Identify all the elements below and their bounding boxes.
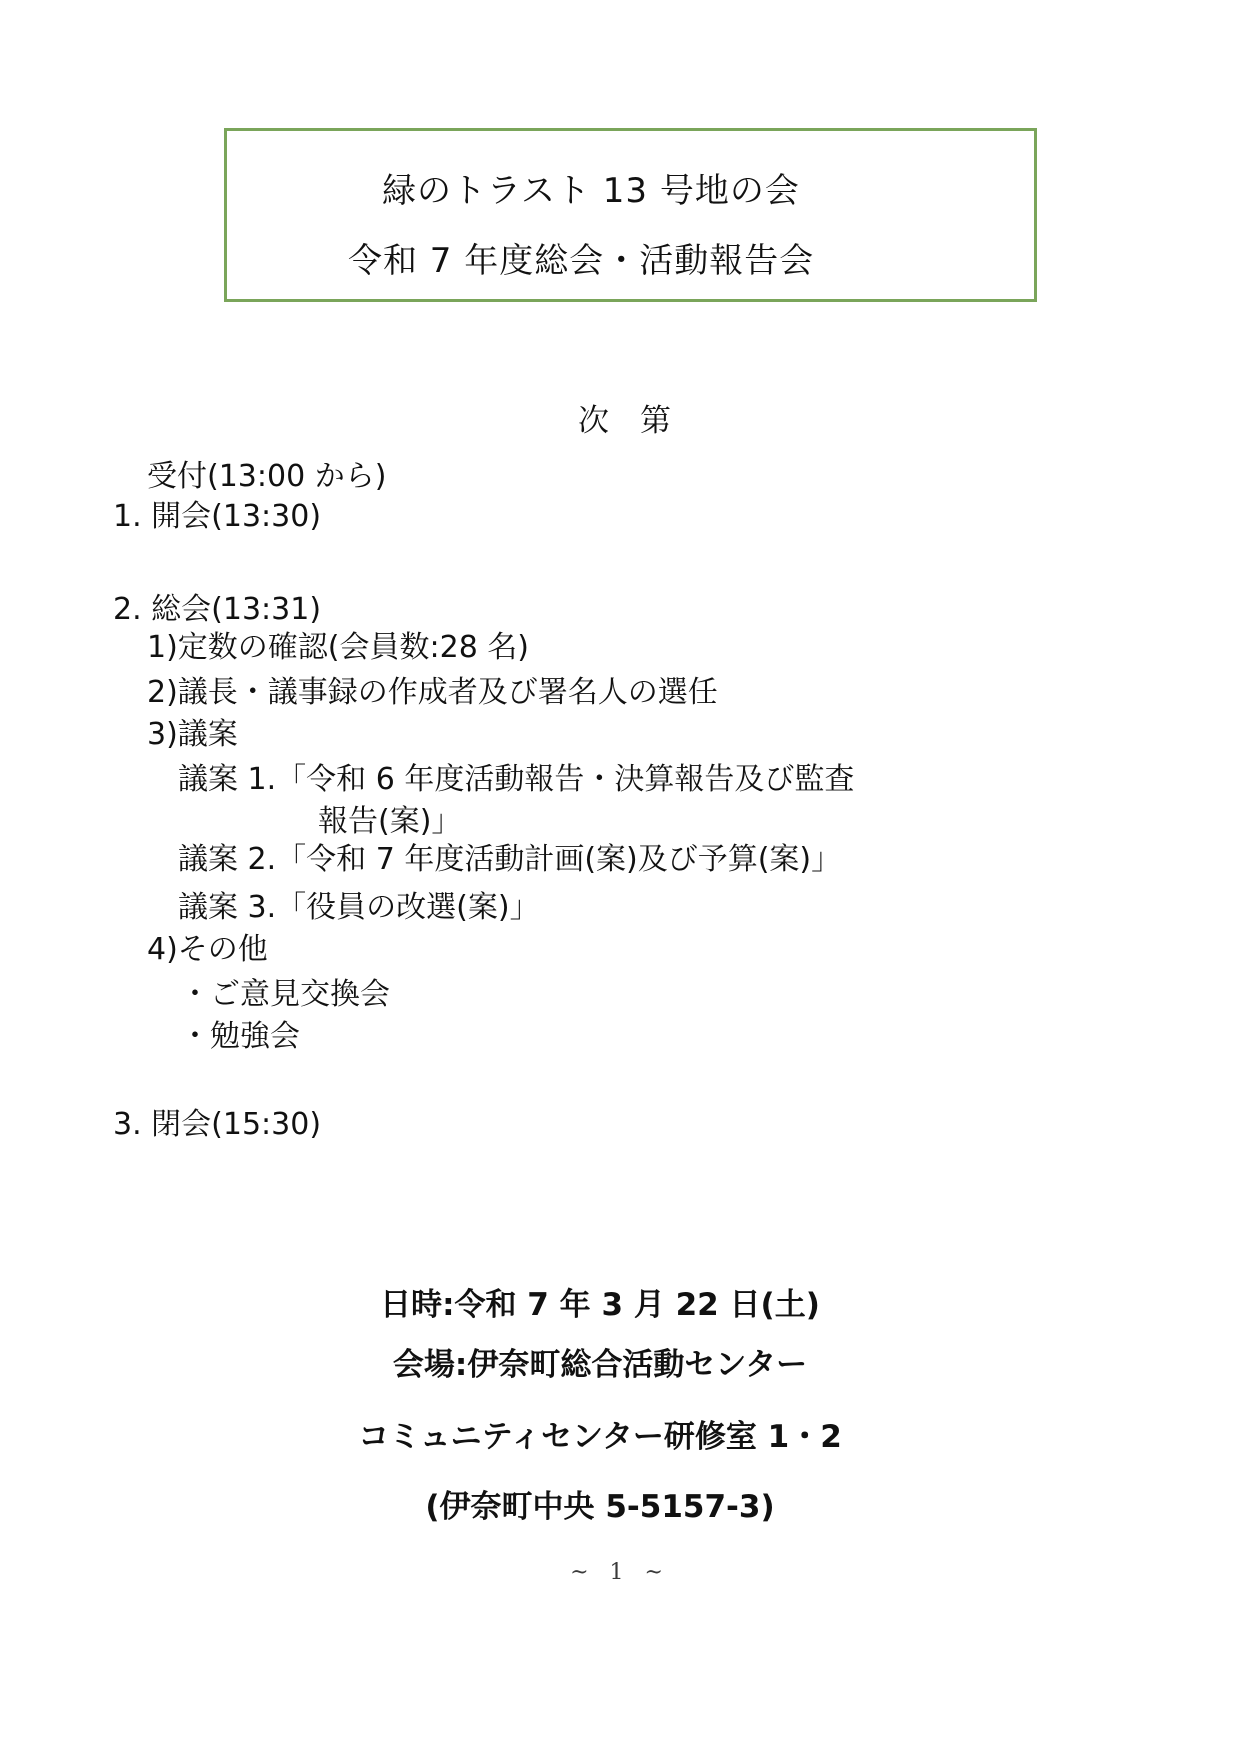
event-venue: 会場:伊奈町総合活動センター (0, 1347, 1200, 1383)
document-page: 緑のトラスト 13 号地の会 令和 7 年度総会・活動報告会 次 第 受付(13… (0, 0, 1240, 1754)
agenda-subitem-4-others: 4)その他 (147, 931, 268, 969)
agenda-item-3-closing: 3. 閉会(15:30) (113, 1106, 321, 1144)
agenda-bullet-study-session: ・勉強会 (180, 1018, 300, 1056)
event-address: (伊奈町中央 5-5157-3) (0, 1489, 1200, 1525)
title-box: 緑のトラスト 13 号地の会 令和 7 年度総会・活動報告会 (224, 128, 1037, 302)
document-title-line-2: 令和 7 年度総会・活動報告会 (348, 241, 814, 281)
document-title-line-1: 緑のトラスト 13 号地の会 (382, 171, 800, 211)
event-room: コミュニティセンター研修室 1・2 (0, 1419, 1200, 1455)
agenda-subitem-2-chair-selection: 2)議長・議事録の作成者及び署名人の選任 (147, 674, 718, 712)
agenda-item-1-opening: 1. 開会(13:30) (113, 498, 321, 536)
agenda-proposal-1-line-1: 議案 1.「令和 6 年度活動報告・決算報告及び監査 (178, 761, 854, 799)
agenda-item-2-general-meeting: 2. 総会(13:31) (113, 591, 321, 629)
agenda-heading: 次 第 (578, 402, 671, 440)
page-number: ~ 1 ~ (0, 1560, 1240, 1585)
agenda-proposal-2: 議案 2.「令和 7 年度活動計画(案)及び予算(案)」 (178, 841, 841, 879)
agenda-reception-line: 受付(13:00 から) (147, 458, 386, 496)
event-datetime: 日時:令和 7 年 3 月 22 日(土) (0, 1287, 1200, 1323)
agenda-bullet-opinion-exchange: ・ご意見交換会 (180, 976, 390, 1014)
agenda-subitem-3-proposals: 3)議案 (147, 716, 238, 754)
agenda-subitem-1-quorum: 1)定数の確認(会員数:28 名) (147, 629, 529, 667)
agenda-proposal-1-line-2: 報告(案)」 (318, 803, 461, 841)
agenda-proposal-3: 議案 3.「役員の改選(案)」 (178, 889, 540, 927)
